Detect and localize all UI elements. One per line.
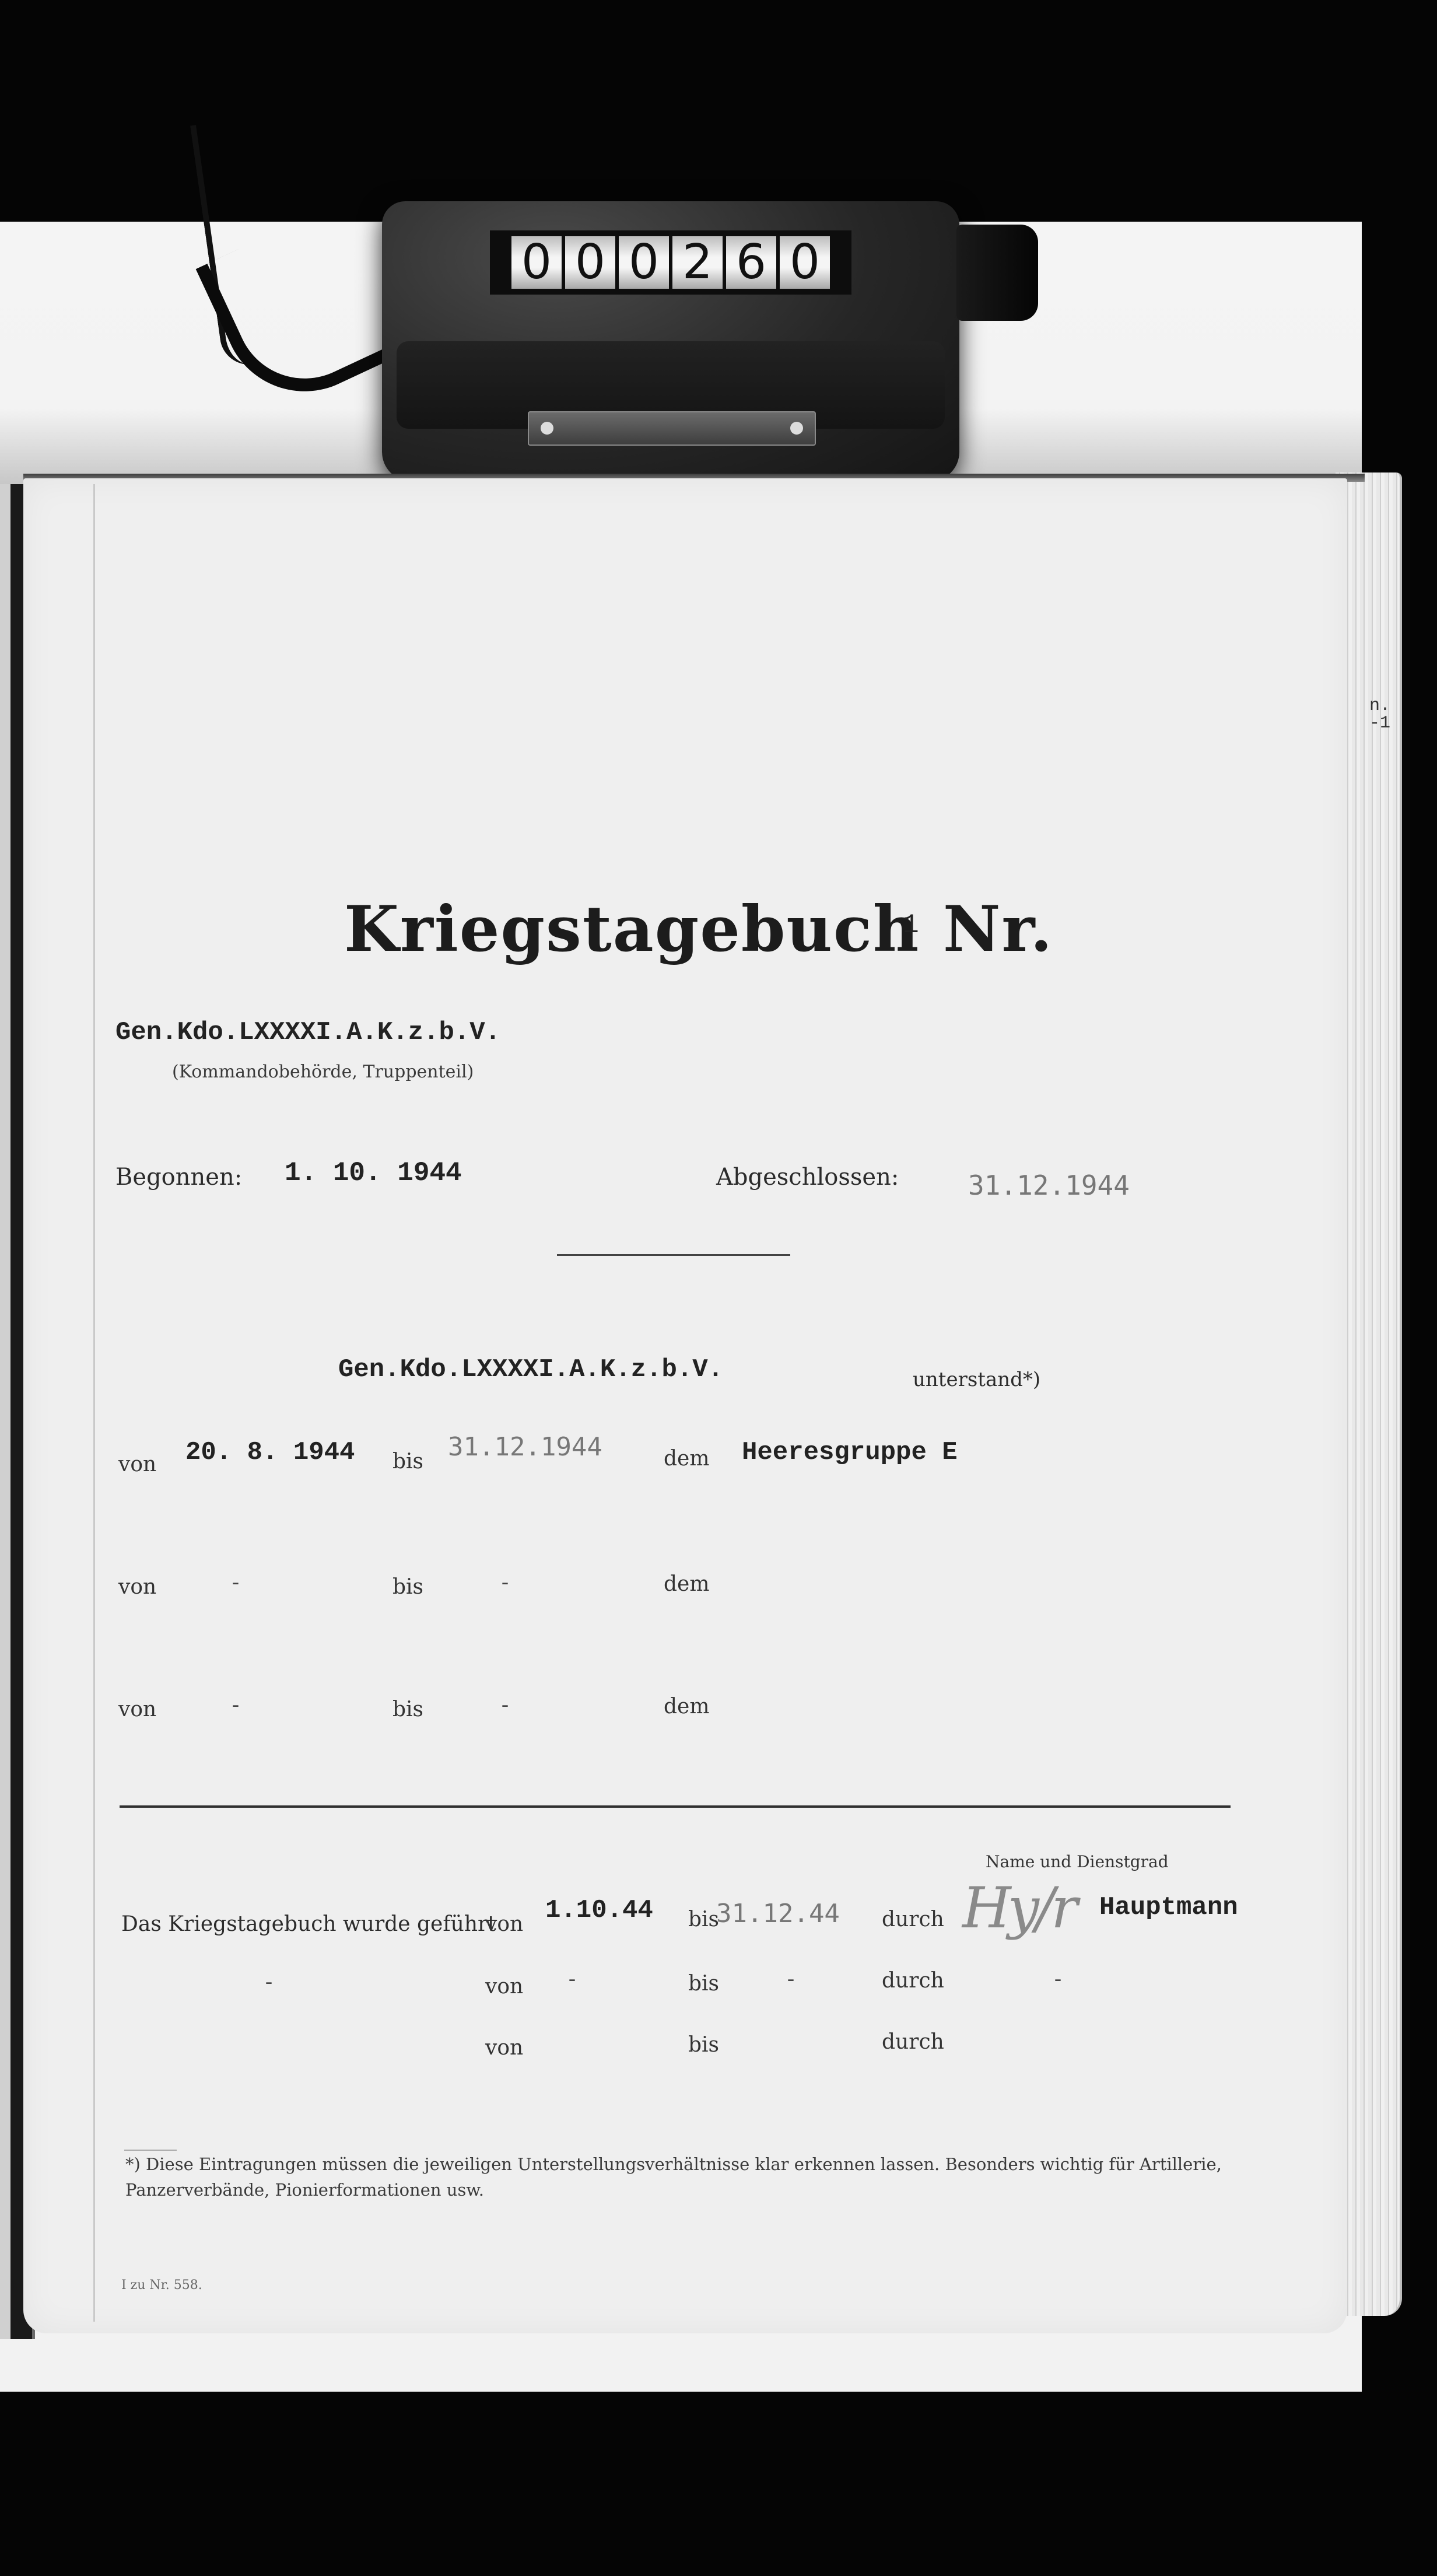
counter-digit: 0 <box>511 236 562 289</box>
dem-value: Heeresgruppe E <box>742 1438 958 1467</box>
page-stack-mark: n. -1 <box>1369 697 1390 732</box>
dem-label: dem <box>664 1695 710 1718</box>
footnote-rule <box>124 2150 177 2151</box>
dem-label: dem <box>664 1447 710 1471</box>
von-label: von <box>485 1975 523 1999</box>
counter-digit: 6 <box>726 236 776 289</box>
rivet-icon <box>541 422 553 435</box>
separator-line <box>557 1254 790 1256</box>
counter-display: 0 0 0 2 6 0 <box>490 230 851 295</box>
bis-label: bis <box>392 1450 423 1473</box>
counter-nameplate <box>528 411 816 446</box>
closed-value: 31.12.1944 <box>968 1170 1130 1201</box>
von-label: von <box>485 1912 523 1936</box>
bis-value: - <box>502 1692 509 1716</box>
von-value: 20. 8. 1944 <box>185 1438 355 1467</box>
name-rank-hint: Name und Dienstgrad <box>986 1852 1169 1871</box>
unit-hint: (Kommandobehörde, Truppenteil) <box>172 1062 474 1082</box>
subordinate-unit: Gen.Kdo.LXXXXI.A.K.z.b.V. <box>338 1355 723 1384</box>
rank-value: Hauptmann <box>1099 1893 1238 1922</box>
von-label: von <box>485 2036 523 2060</box>
bis-label: bis <box>688 2033 719 2057</box>
counter-digit: 0 <box>619 236 669 289</box>
durch-value: - <box>1054 1966 1061 1990</box>
started-label: Begonnen: <box>115 1164 242 1191</box>
rivet-icon <box>790 422 803 435</box>
signature: Hy/r <box>962 1875 1074 1941</box>
counter-digit: 2 <box>672 236 723 289</box>
durch-label: durch <box>882 1969 944 1993</box>
counter-knob <box>956 225 1038 321</box>
unit-name: Gen.Kdo.LXXXXI.A.K.z.b.V. <box>115 1018 500 1047</box>
von-label: von <box>118 1697 156 1721</box>
document-page <box>23 478 1347 2333</box>
bis-value: - <box>787 1966 794 1990</box>
section-divider <box>120 1805 1231 1808</box>
subordination-suffix: unterstand*) <box>913 1368 1040 1391</box>
bis-label: bis <box>688 1972 719 1996</box>
dem-label: dem <box>664 1572 710 1596</box>
bis-value: - <box>502 1569 509 1594</box>
bis-label: bis <box>688 1908 719 1931</box>
von-label: von <box>118 1575 156 1599</box>
diary-number: 1 <box>903 910 919 940</box>
row-prefix: - <box>265 1969 272 1993</box>
durch-label: durch <box>882 1908 944 1931</box>
durch-label: durch <box>882 2030 944 2054</box>
bis-label: bis <box>392 1575 423 1599</box>
footnote: *) Diese Eintragungen müssen die jeweili… <box>125 2151 1233 2203</box>
margin-line <box>93 484 95 2322</box>
form-number: I zu Nr. 558. <box>121 2278 202 2292</box>
bis-label: bis <box>392 1697 423 1721</box>
kept-by-intro: Das Kriegstagebuch wurde geführt <box>121 1912 496 1936</box>
von-label: von <box>118 1452 156 1476</box>
bis-value: 31.12.44 <box>716 1899 840 1929</box>
von-value: - <box>232 1692 239 1716</box>
page-title: Kriegstagebuch Nr. <box>344 892 1053 966</box>
von-value: - <box>569 1966 576 1990</box>
closed-label: Abgeschlossen: <box>716 1164 899 1191</box>
von-value: 1.10.44 <box>545 1896 653 1925</box>
bis-value: 31.12.1944 <box>448 1432 602 1462</box>
von-value: - <box>232 1569 239 1594</box>
counter-digit: 0 <box>780 236 830 289</box>
counter-digit: 0 <box>565 236 615 289</box>
started-value: 1. 10. 1944 <box>285 1158 462 1188</box>
